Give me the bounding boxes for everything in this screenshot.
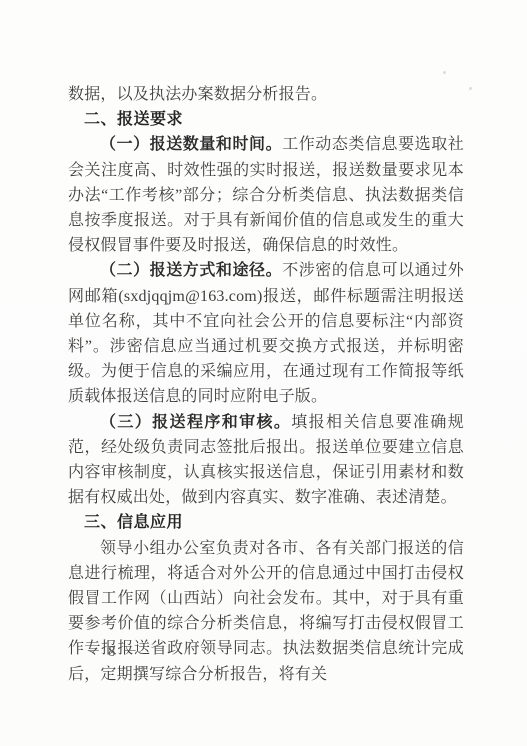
paragraph-item-procedure-review: （三）报送程序和审核。填报相关信息要准确规范，经处级负责同志签批后报出。报送单位… bbox=[68, 410, 464, 511]
paragraph-text: 工作动态类信息要选取社会关注度高、时效性强的实时报送，报送数量要求见本办法“工作… bbox=[68, 136, 464, 254]
page-number: － 8 － bbox=[86, 640, 140, 661]
paragraph-lead: （三）报送程序和审核。 bbox=[100, 414, 291, 431]
paragraph-item-quantity-time: （一）报送数量和时间。工作动态类信息要选取社会关注度高、时效性强的实时报送，报送… bbox=[68, 132, 464, 258]
paragraph-continuation: 数据，以及执法办案数据分析报告。 bbox=[68, 82, 464, 107]
paragraph-text: 不涉密的信息可以通过外网邮箱(sxdjqqjm@163.com)报送，邮件标题需… bbox=[68, 262, 464, 405]
section-heading-reporting-requirements: 二、报送要求 bbox=[68, 107, 464, 132]
paragraph-information-application: 领导小组办公室负责对各市、各有关部门报送的信息进行梳理，将适合对外公开的信息通过… bbox=[68, 536, 464, 687]
document-body: 数据，以及执法办案数据分析报告。 二、报送要求 （一）报送数量和时间。工作动态类… bbox=[68, 82, 464, 687]
scan-speck bbox=[443, 71, 446, 74]
scan-speck bbox=[469, 87, 472, 90]
paragraph-lead: （二）报送方式和途径。 bbox=[100, 262, 282, 279]
section-heading-information-application: 三、信息应用 bbox=[68, 510, 464, 535]
document-page: 数据，以及执法办案数据分析报告。 二、报送要求 （一）报送数量和时间。工作动态类… bbox=[0, 0, 527, 746]
paragraph-item-method-channel: （二）报送方式和途径。不涉密的信息可以通过外网邮箱(sxdjqqjm@163.c… bbox=[68, 258, 464, 409]
paragraph-lead: （一）报送数量和时间。 bbox=[100, 136, 282, 153]
